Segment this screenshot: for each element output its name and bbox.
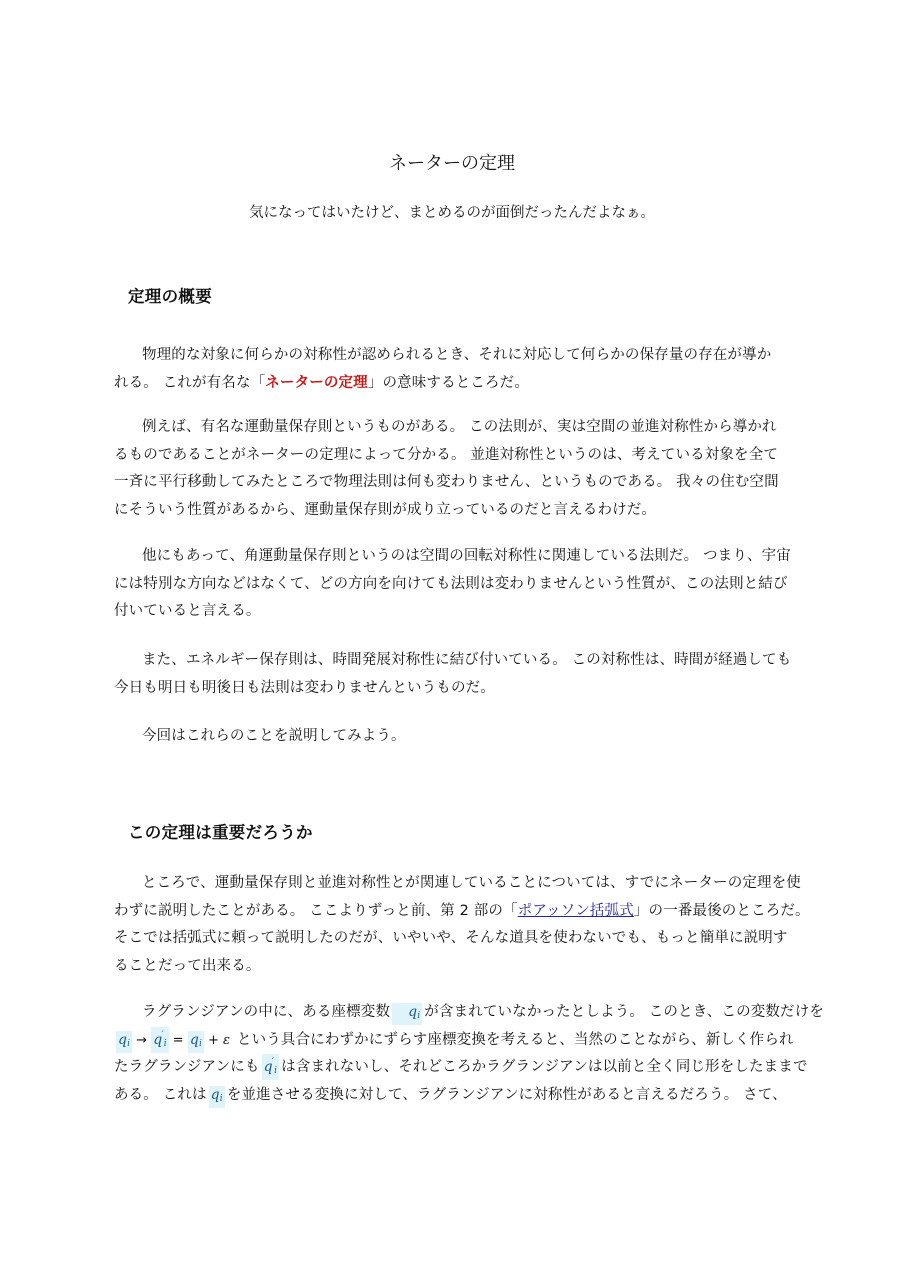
paragraph-overview-1: 物理的な対象に何らかの対称性が認められるとき、それに対応して何らかの保存量の存在… (128, 342, 778, 397)
text-span: は含まれないし、それどころかラグランジアンは以前と全く同じ形をしたままで (281, 1059, 807, 1075)
text-span: わずに説明したことがある。 ここよりずっと前、第 2 部の「 (114, 903, 518, 919)
text-span: 」の一番最後のところだ。 (634, 903, 810, 919)
text-line: にそういう性質があるから、運動量保存則が成り立っているのだと言えるわけだ。 (114, 497, 778, 525)
text-span: という具合にわずかにずらす座標変換を考えると、当然のことながら、新しく作られ (237, 1032, 794, 1048)
page-subtitle: 気になってはいたけど、まとめるのが面倒だったんだよなぁ。 (128, 203, 776, 223)
math-subscript: i (417, 1011, 420, 1021)
math-q-i: qi (116, 1031, 132, 1053)
math-symbol: q (118, 1032, 127, 1048)
epsilon-symbol: ε (223, 1033, 230, 1048)
text-line: ることだって出来る。 (114, 953, 778, 981)
paragraph-importance-1: ところで、運動量保存則と並進対称性とが関連していることについては、すでにネーター… (128, 870, 778, 980)
math-subscript: i (274, 1066, 277, 1076)
math-subscript: i (199, 1039, 202, 1049)
math-symbol: q (190, 1032, 199, 1048)
text-line: 今回はこれらのことを説明してみよう。 (128, 723, 778, 751)
text-span: ある。 これは (114, 1087, 207, 1103)
plus-symbol: + (208, 1033, 219, 1048)
text-line: qi→q′i=qi+ε という具合にわずかにずらす座標変換を考えると、当然のこと… (114, 1027, 778, 1055)
text-line: 付いていると言える。 (114, 598, 778, 626)
arrow-symbol: → (136, 1033, 147, 1048)
text-line: ところで、運動量保存則と並進対称性とが関連していることについては、すでにネーター… (128, 870, 778, 898)
noether-theorem-emphasis: ネーターの定理 (265, 375, 368, 391)
math-q-i-prime: q′i (262, 1054, 280, 1080)
section-heading-overview: 定理の概要 (128, 286, 212, 308)
poisson-bracket-link[interactable]: ポアッソン括弧式 (518, 903, 634, 919)
text-span: が含まれていなかったとしよう。 このとき、この変数だけを (424, 1004, 824, 1020)
text-span: ラグランジアンの中に、ある座標変数 (142, 1004, 390, 1020)
math-subscript: i (127, 1039, 130, 1049)
text-line: ある。 これはqiを並進させる変換に対して、ラグランジアンに対称性があると言える… (114, 1082, 778, 1110)
text-line: また、エネルギー保存則は、時間発展対称性に結び付いている。 この対称性は、時間が… (128, 647, 778, 675)
text-line: には特別な方向などはなくて、どの方向を向けても法則は変わりませんという性質が、こ… (114, 571, 778, 599)
math-q-i: qi (209, 1086, 225, 1108)
paragraph-overview-5: 今回はこれらのことを説明してみよう。 (128, 723, 778, 751)
math-symbol: q (408, 1004, 417, 1020)
text-span: 」の意味するところだ。 (368, 375, 529, 391)
text-line: 他にもあって、角運動量保存則というのは空間の回転対称性に関連している法則だ。 つ… (128, 543, 778, 571)
text-span: を並進させる変換に対して、ラグランジアンに対称性があると言えるだろう。 さて、 (227, 1087, 787, 1103)
math-q-i: qi (392, 1003, 422, 1025)
text-span: たラグランジアンにも (114, 1059, 260, 1075)
equals-symbol: = (173, 1033, 184, 1048)
paragraph-overview-2: 例えば、有名な運動量保存則というものがある。 この法則が、実は空間の並進対称性か… (128, 414, 778, 524)
text-line: れる。 これが有名な「ネーターの定理」の意味するところだ。 (114, 370, 778, 398)
text-line: 今日も明日も明後日も法則は変わりませんというものだ。 (114, 675, 778, 703)
text-line: 例えば、有名な運動量保存則というものがある。 この法則が、実は空間の並進対称性か… (128, 414, 778, 442)
text-line: ラグランジアンの中に、ある座標変数qiが含まれていなかったとしよう。 このとき、… (128, 999, 778, 1027)
text-line: たラグランジアンにもq′iは含まれないし、それどころかラグランジアンは以前と全く… (114, 1054, 778, 1082)
text-line: そこでは括弧式に頼って説明したのだが、いやいや、そんな道具を使わないでも、もっと… (114, 925, 778, 953)
math-q-i-prime: q′i (151, 1027, 169, 1053)
text-line: 物理的な対象に何らかの対称性が認められるとき、それに対応して何らかの保存量の存在… (128, 342, 778, 370)
text-span: れる。 これが有名な「 (114, 375, 265, 391)
paragraph-overview-4: また、エネルギー保存則は、時間発展対称性に結び付いている。 この対称性は、時間が… (128, 647, 778, 702)
math-subscript: i (220, 1094, 223, 1104)
section-heading-importance: この定理は重要だろうか (128, 822, 313, 844)
text-line: 一斉に平行移動してみたところで物理法則は何も変わりません、というものである。 我… (114, 469, 778, 497)
math-subscript: i (164, 1039, 167, 1049)
math-symbol: q (211, 1087, 220, 1103)
page-title: ネーターの定理 (128, 153, 776, 175)
math-q-i: qi (188, 1031, 204, 1053)
text-line: わずに説明したことがある。 ここよりずっと前、第 2 部の「ポアッソン括弧式」の… (114, 898, 778, 926)
paragraph-overview-3: 他にもあって、角運動量保存則というのは空間の回転対称性に関連している法則だ。 つ… (128, 543, 778, 626)
text-line: るものであることがネーターの定理によって分かる。 並進対称性というのは、考えてい… (114, 442, 778, 470)
paragraph-importance-2: ラグランジアンの中に、ある座標変数qiが含まれていなかったとしよう。 このとき、… (128, 999, 778, 1109)
